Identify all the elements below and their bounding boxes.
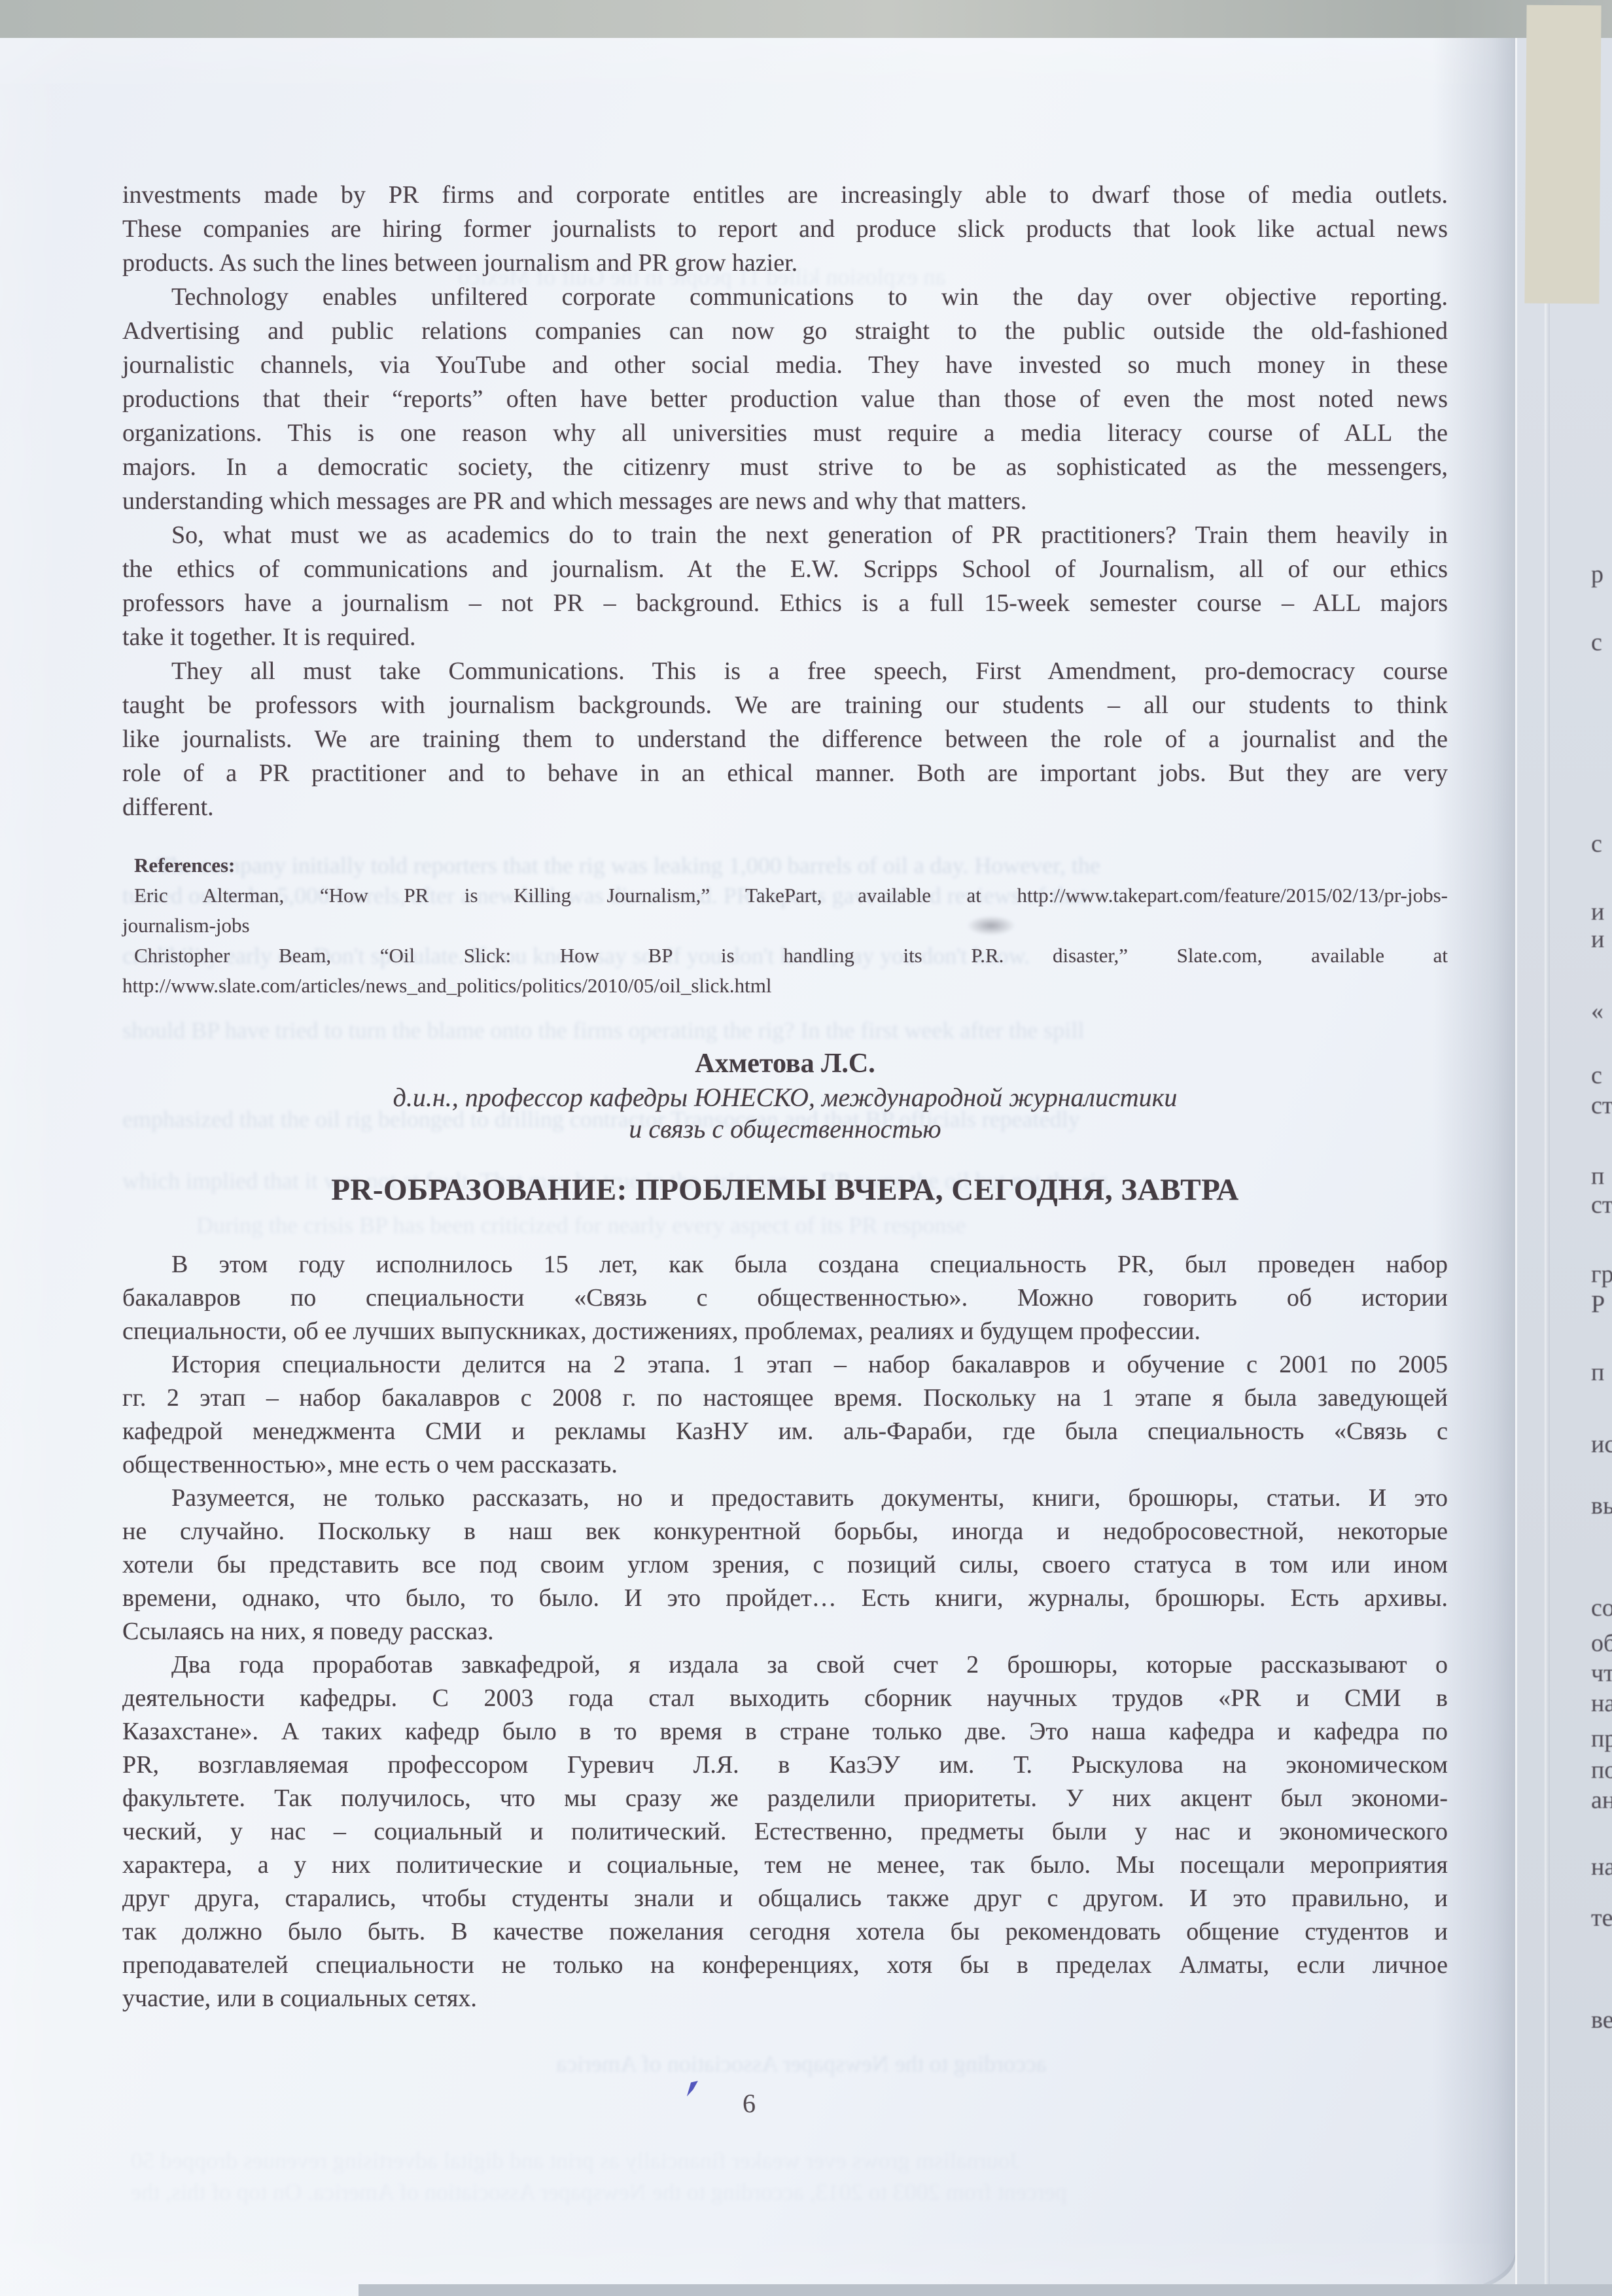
english-article-text: investments made by PR firms and corpora… [122,178,1448,824]
article-title: PR-ОБРАЗОВАНИЕ: ПРОБЛЕМЫ ВЧЕРА, СЕГОДНЯ,… [122,1170,1448,1210]
text-line: Ссылаясь на них, я поведу рассказ. [122,1615,1448,1648]
text-line: journalistic channels, via YouTube and o… [122,348,1448,382]
english-paragraph: So, what must we as academics do to trai… [122,518,1448,654]
facing-page-fragment: на [1591,1689,1612,1718]
author-name: Ахметова Л.С. [122,1045,1448,1082]
text-line: общественностью», мне есть о чем рассказ… [122,1448,1448,1482]
author-affiliation-line2: и связь с общественностью [122,1113,1448,1145]
facing-page-fragment: ст [1591,1191,1612,1219]
text-line: products. As such the lines between jour… [122,246,1448,280]
showthrough-text-line: During the crisis BP has been criticized… [196,1211,966,1239]
scan-bottom-edge [359,2284,1612,2296]
text-line: кафедрой менеджмента СМИ и рекламы КазНУ… [122,1415,1448,1448]
facing-page-fragment: по [1591,1756,1612,1784]
text-line: like journalists. We are training them t… [122,722,1448,756]
facing-page-fragment: об [1591,1629,1612,1658]
scanned-page: an explosion killed 11 people in the Gul… [0,0,1612,2296]
english-paragraph: Technology enables unfiltered corporate … [122,280,1448,518]
text-line: investments made by PR firms and corpora… [122,178,1448,212]
scanner-background-band [0,0,1612,38]
showthrough-text-line: should BP have tried to turn the blame o… [122,1017,1084,1044]
text-line: Advertising and public relations compani… [122,314,1448,348]
text-line: гг. 2 этап – набор бакалавров с 2008 г. … [122,1382,1448,1415]
facing-page-fragment: « [1591,997,1603,1026]
text-line: Два года проработав завкафедрой, я издал… [122,1648,1448,1682]
facing-page-fragment: и [1591,897,1604,926]
facing-page-fragment: р [1591,560,1603,589]
text-line: времени, однако, что было, то было. И эт… [122,1582,1448,1615]
text-line: take it together. It is required. [122,620,1448,654]
text-line: PR, возглавляемая профессором Гуревич Л.… [122,1748,1448,1782]
text-line: majors. In a democratic society, the cit… [122,450,1448,484]
page-number: 6 [710,2088,788,2119]
text-line: деятельности кафедры. С 2003 года стал в… [122,1682,1448,1715]
text-line: organizations. This is one reason why al… [122,416,1448,450]
text-line: хотели бы представить все под своим угло… [122,1548,1448,1582]
facing-page-text-fragments: рссии«сстпстгрРписвысообчтнапрпоаннатеве [1591,0,1612,2296]
showthrough-text-line: Journalism grows ever weaker financially… [131,2147,1019,2174]
text-line: В этом году исполнилось 15 лет, как была… [122,1248,1448,1281]
text-line: They all must take Communications. This … [122,654,1448,688]
references-section: References: Eric Alterman, “How PR is Ki… [122,850,1448,1001]
book-cover-edge [1524,5,1601,304]
text-line: История специальности делится на 2 этапа… [122,1348,1448,1382]
text-line: role of a PR practitioner and to behave … [122,756,1448,790]
facing-page-fragment: чт [1591,1659,1612,1688]
facing-page-fragment: гр [1591,1260,1612,1289]
russian-paragraph: История специальности делится на 2 этапа… [122,1348,1448,1482]
facing-page-fragment: вы [1591,1491,1612,1520]
russian-paragraph: В этом году исполнилось 15 лет, как была… [122,1248,1448,1348]
scan-smudge [967,916,1015,935]
text-line: Christopher Beam, “Oil Slick: How BP is … [122,941,1448,971]
text-line: бакалавров по специальности «Связь с общ… [122,1281,1448,1315]
text-line: These companies are hiring former journa… [122,212,1448,246]
russian-paragraph: Разумеется, не только рассказать, но и п… [122,1482,1448,1648]
text-line: professors have a journalism – not PR – … [122,586,1448,620]
facing-page-fragment: с [1591,628,1602,657]
author-block: Ахметова Л.С. д.и.н., профессор кафедры … [122,1045,1448,1145]
text-line: преподавателей специальности не только н… [122,1949,1448,1982]
text-line: taught be professors with journalism bac… [122,688,1448,722]
text-line: характера, а у них политические и социал… [122,1849,1448,1882]
text-line: the ethics of communications and journal… [122,552,1448,586]
text-line: факультете. Так получилось, что мы сразу… [122,1782,1448,1815]
facing-page-fragment: и [1591,925,1604,954]
text-line: productions that their “reports” often h… [122,382,1448,416]
facing-page-fragment: п [1591,1162,1604,1191]
showthrough-text-line: according to the Newspaper Association o… [556,2050,1047,2078]
text-line: Казахстане». А таких кафедр было в то вр… [122,1715,1448,1748]
text-line: друг друга, старались, чтобы студенты зн… [122,1882,1448,1915]
facing-page-fragment: ан [1591,1786,1612,1815]
russian-article-text: В этом году исполнилось 15 лет, как была… [122,1248,1448,2015]
text-line: journalism-jobs [122,911,1448,941]
references-heading: References: [122,850,1448,880]
facing-page-fragment: Р [1591,1290,1605,1319]
reference-item: Christopher Beam, “Oil Slick: How BP is … [122,941,1448,1001]
text-line: Eric Alterman, “How PR is Killing Journa… [122,880,1448,911]
facing-page-fragment: на [1591,1852,1612,1881]
text-line: So, what must we as academics do to trai… [122,518,1448,552]
text-line: ческий, у нас – социальный и политически… [122,1815,1448,1849]
text-line: Разумеется, не только рассказать, но и п… [122,1482,1448,1515]
text-line: так должно было быть. В качестве пожелан… [122,1915,1448,1949]
facing-page-fragment: ве [1591,2006,1612,2034]
text-line: http://www.slate.com/articles/news_and_p… [122,971,1448,1001]
facing-page-fragment: с [1591,829,1602,858]
reference-item: Eric Alterman, “How PR is Killing Journa… [122,880,1448,941]
facing-page-fragment: те [1591,1904,1612,1932]
facing-page-fragment: ис [1591,1430,1612,1459]
facing-page-fragment: со [1591,1593,1612,1622]
english-paragraph: They all must take Communications. This … [122,654,1448,824]
author-affiliation-line1: д.и.н., профессор кафедры ЮНЕСКО, междун… [122,1082,1448,1113]
facing-page-fragment: п [1591,1358,1604,1387]
english-paragraph: investments made by PR firms and corpora… [122,178,1448,280]
text-line: understanding which messages are PR and … [122,484,1448,518]
facing-page-fragment: с [1591,1061,1602,1090]
facing-page-fragment: ст [1591,1091,1612,1120]
text-line: Technology enables unfiltered corporate … [122,280,1448,314]
text-line: участие, или в социальных сетях. [122,1982,1448,2015]
russian-paragraph: Два года проработав завкафедрой, я издал… [122,1648,1448,2015]
text-line: не случайно. Поскольку в наш век конкуре… [122,1515,1448,1548]
facing-page-fragment: пр [1591,1724,1612,1753]
showthrough-text-line: percent from 2003 to 2013, according to … [131,2178,1067,2206]
text-line: different. [122,790,1448,824]
text-line: специальности, об ее лучших выпускниках,… [122,1315,1448,1348]
